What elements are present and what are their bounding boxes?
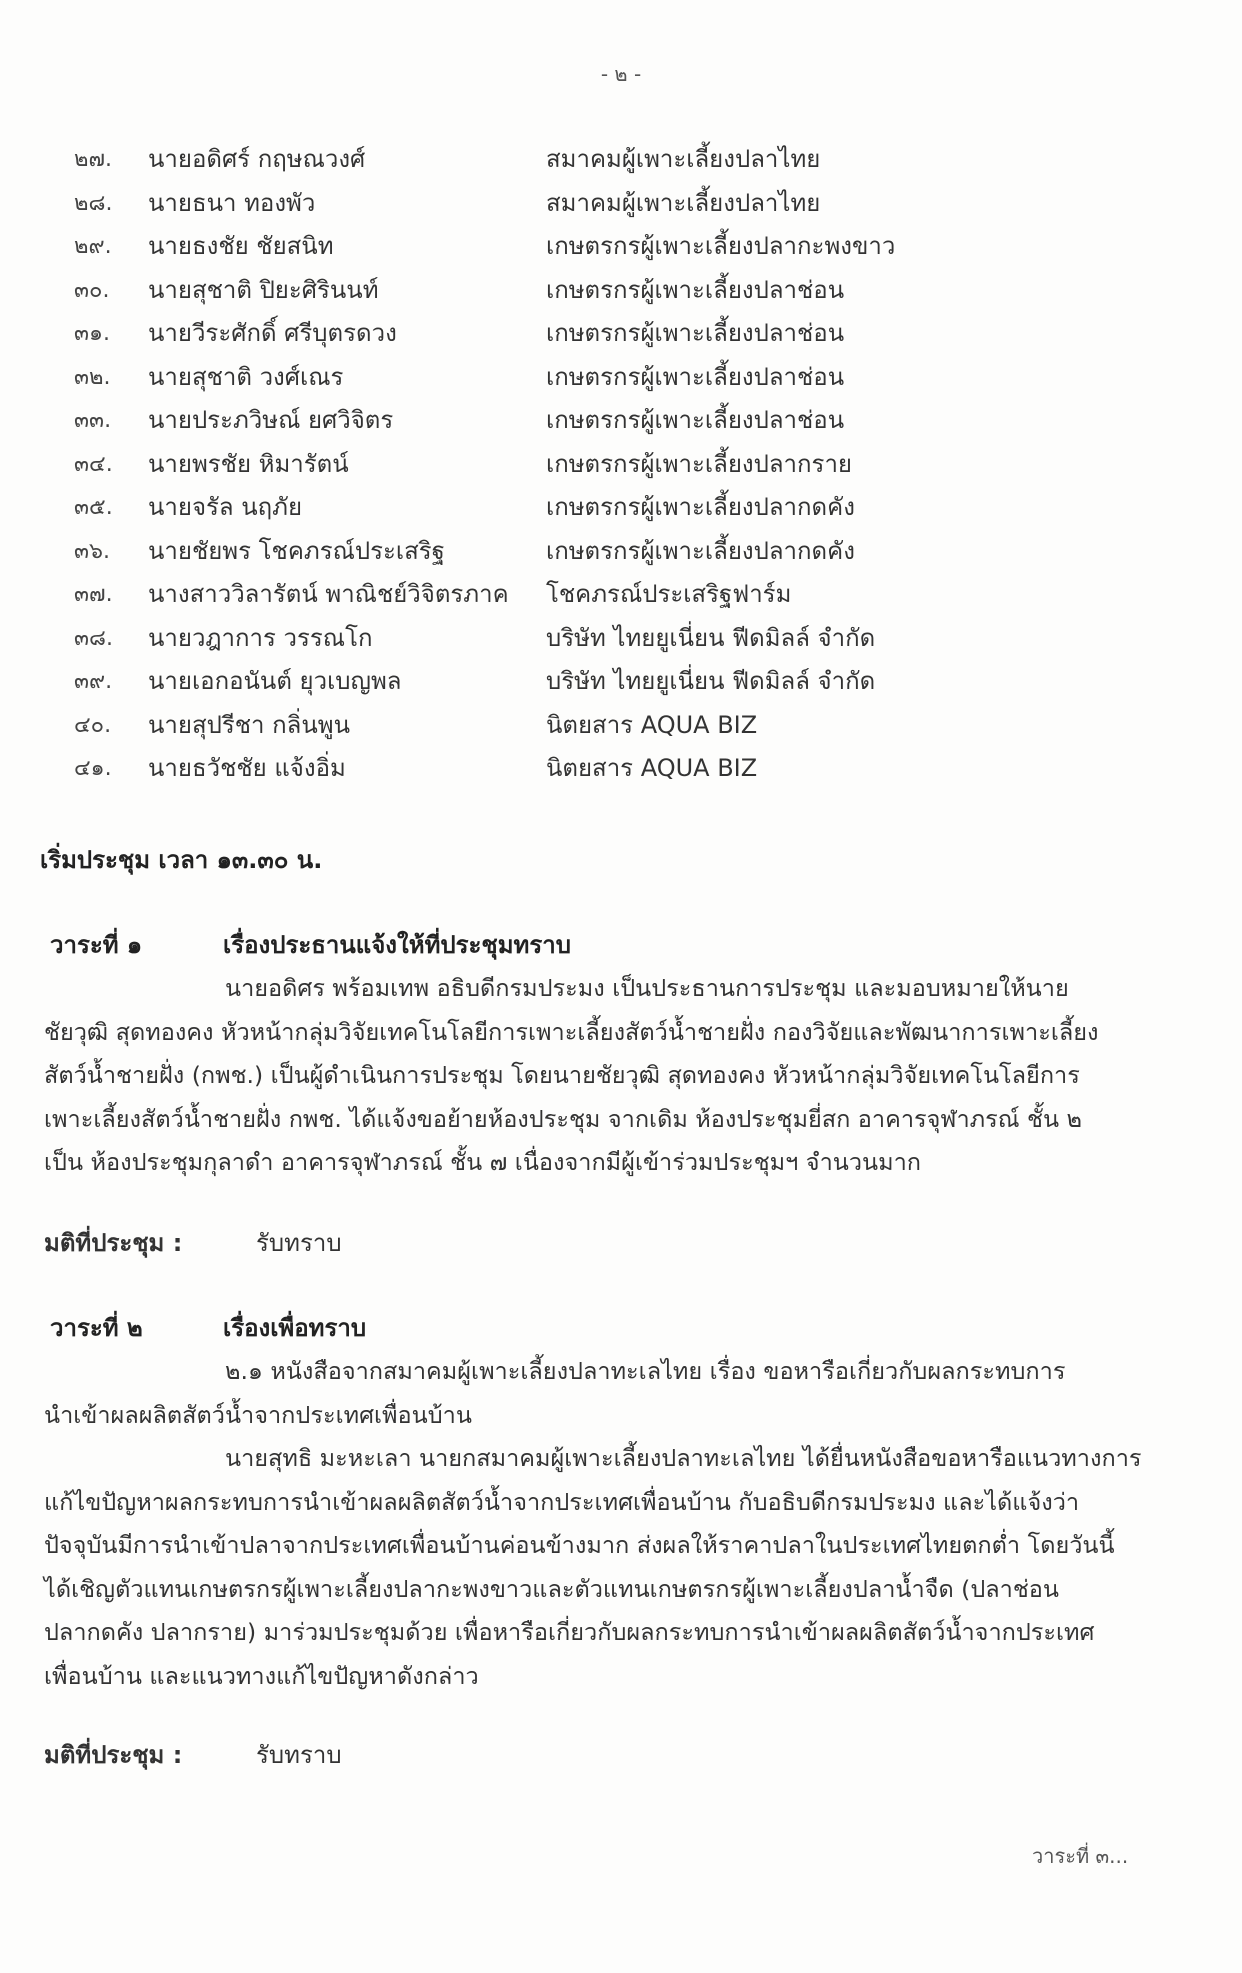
- attendee-row: ๒๗. นายอดิศร์ กฤษณวงศ์ สมาคมผู้เพาะเลี้ย…: [74, 138, 1174, 182]
- meeting-start-time: เริ่มประชุม เวลา ๑๓.๓๐ น.: [40, 840, 322, 879]
- agenda-2-body: นายสุทธิ มะหะเลา นายกสมาคมผู้เพาะเลี้ยงป…: [44, 1437, 1148, 1698]
- paragraph-line: เป็น ห้องประชุมกุลาดำ อาคารจุฬาภรณ์ ชั้น…: [44, 1141, 1148, 1185]
- paragraph-line: แก้ไขปัญหาผลกระทบการนำเข้าผลผลิตสัตว์น้ำ…: [44, 1481, 1148, 1525]
- attendee-name: นายจรัล นฤภัย: [148, 486, 302, 530]
- attendee-row: ๓๑. นายวีระศักดิ์ ศรีบุตรดวง เกษตรกรผู้เ…: [74, 312, 1174, 356]
- agenda-2-resolution: มติที่ประชุม : รับทราบ: [44, 1735, 182, 1774]
- attendee-row: ๓๗. นางสาววิลารัตน์ พาณิชย์วิจิตรภาค โชค…: [74, 573, 1174, 617]
- attendee-number: ๔๑.: [74, 747, 112, 791]
- attendee-row: ๓๕. นายจรัล นฤภัย เกษตรกรผู้เพาะเลี้ยงปล…: [74, 486, 1174, 530]
- attendee-organization: บริษัท ไทยยูเนี่ยน ฟีดมิลล์ จำกัด: [546, 617, 875, 661]
- agenda-1-body: นายอดิศร พร้อมเทพ อธิบดีกรมประมง เป็นประ…: [44, 967, 1148, 1185]
- paragraph-line: ปลากดคัง ปลากราย) มาร่วมประชุมด้วย เพื่อ…: [44, 1611, 1148, 1655]
- agenda-2-subitem: ๒.๑ หนังสือจากสมาคมผู้เพาะเลี้ยงปลาทะเลไ…: [44, 1350, 1148, 1437]
- attendee-number: ๓๓.: [74, 399, 111, 443]
- attendee-number: ๓๖.: [74, 530, 110, 574]
- paragraph-line: ชัยวุฒิ สุดทองคง หัวหน้ากลุ่มวิจัยเทคโนโ…: [44, 1011, 1148, 1055]
- attendee-number: ๒๙.: [74, 225, 112, 269]
- attendee-number: ๓๘.: [74, 617, 113, 661]
- attendee-name: นายธวัชชัย แจ้งอิ่ม: [148, 747, 346, 791]
- attendee-list: ๒๗. นายอดิศร์ กฤษณวงศ์ สมาคมผู้เพาะเลี้ย…: [74, 138, 1174, 791]
- attendee-organization: โชคภรณ์ประเสริฐฟาร์ม: [546, 573, 791, 617]
- attendee-name: นายธนา ทองพัว: [148, 182, 315, 226]
- attendee-organization: สมาคมผู้เพาะเลี้ยงปลาไทย: [546, 138, 820, 182]
- paragraph-line: เพื่อนบ้าน และแนวทางแก้ไขปัญหาดังกล่าว: [44, 1655, 1148, 1699]
- agenda-1-resolution: มติที่ประชุม : รับทราบ: [44, 1223, 182, 1262]
- attendee-row: ๒๙. นายธงชัย ชัยสนิท เกษตรกรผู้เพาะเลี้ย…: [74, 225, 1174, 269]
- agenda-1-label: วาระที่ ๑: [50, 925, 142, 964]
- attendee-organization: นิตยสาร AQUA BIZ: [546, 704, 757, 748]
- attendee-number: ๓๗.: [74, 573, 113, 617]
- attendee-number: ๔๐.: [74, 704, 111, 748]
- paragraph-line: สัตว์น้ำชายฝั่ง (กพช.) เป็นผู้ดำเนินการป…: [44, 1054, 1148, 1098]
- attendee-organization: เกษตรกรผู้เพาะเลี้ยงปลากราย: [546, 443, 852, 487]
- paragraph-line: เพาะเลี้ยงสัตว์น้ำชายฝั่ง กพช. ได้แจ้งขอ…: [44, 1098, 1148, 1142]
- attendee-number: ๓๒.: [74, 356, 111, 400]
- attendee-organization: เกษตรกรผู้เพาะเลี้ยงปลาช่อน: [546, 269, 844, 313]
- resolution-value: รับทราบ: [256, 1735, 342, 1774]
- attendee-row: ๓๙. นายเอกอนันต์ ยุวเบญพล บริษัท ไทยยูเน…: [74, 660, 1174, 704]
- paragraph-line: นำเข้าผลผลิตสัตว์น้ำจากประเทศเพื่อนบ้าน: [44, 1394, 1148, 1438]
- attendee-row: ๔๐. นายสุปรีชา กลิ่นพูน นิตยสาร AQUA BIZ: [74, 704, 1174, 748]
- attendee-number: ๓๕.: [74, 486, 113, 530]
- attendee-row: ๓๖. นายชัยพร โชคภรณ์ประเสริฐ เกษตรกรผู้เ…: [74, 530, 1174, 574]
- paragraph-line: ๒.๑ หนังสือจากสมาคมผู้เพาะเลี้ยงปลาทะเลไ…: [44, 1350, 1148, 1394]
- attendee-row: ๒๘. นายธนา ทองพัว สมาคมผู้เพาะเลี้ยงปลาไ…: [74, 182, 1174, 226]
- agenda-1-title: เรื่องประธานแจ้งให้ที่ประชุมทราบ: [223, 925, 571, 964]
- attendee-number: ๓๐.: [74, 269, 109, 313]
- document-page: - ๒ - ๒๗. นายอดิศร์ กฤษณวงศ์ สมาคมผู้เพา…: [0, 0, 1242, 1973]
- paragraph-line: นายสุทธิ มะหะเลา นายกสมาคมผู้เพาะเลี้ยงป…: [44, 1437, 1148, 1481]
- attendee-name: นายสุปรีชา กลิ่นพูน: [148, 704, 350, 748]
- attendee-row: ๓๘. นายวฎาการ วรรณโก บริษัท ไทยยูเนี่ยน …: [74, 617, 1174, 661]
- attendee-name: นายชัยพร โชคภรณ์ประเสริฐ: [148, 530, 445, 574]
- attendee-number: ๓๙.: [74, 660, 112, 704]
- attendee-name: นางสาววิลารัตน์ พาณิชย์วิจิตรภาค: [148, 573, 509, 617]
- attendee-organization: เกษตรกรผู้เพาะเลี้ยงปลาช่อน: [546, 356, 844, 400]
- attendee-name: นายวฎาการ วรรณโก: [148, 617, 372, 661]
- attendee-name: นายสุชาติ ปิยะศิรินนท์: [148, 269, 379, 313]
- resolution-label: มติที่ประชุม :: [44, 1229, 182, 1257]
- attendee-number: ๒๗.: [74, 138, 112, 182]
- attendee-row: ๓๐. นายสุชาติ ปิยะศิรินนท์ เกษตรกรผู้เพา…: [74, 269, 1174, 313]
- attendee-name: นายเอกอนันต์ ยุวเบญพล: [148, 660, 402, 704]
- attendee-row: ๓๔. นายพรชัย หิมารัตน์ เกษตรกรผู้เพาะเลี…: [74, 443, 1174, 487]
- attendee-name: นายประภวิษณ์ ยศวิจิตร: [148, 399, 393, 443]
- attendee-name: นายสุชาติ วงศ์เณร: [148, 356, 343, 400]
- attendee-name: นายพรชัย หิมารัตน์: [148, 443, 349, 487]
- page-number: - ๒ -: [0, 58, 1242, 90]
- attendee-organization: สมาคมผู้เพาะเลี้ยงปลาไทย: [546, 182, 820, 226]
- attendee-row: ๓๒. นายสุชาติ วงศ์เณร เกษตรกรผู้เพาะเลี้…: [74, 356, 1174, 400]
- agenda-2-label: วาระที่ ๒: [50, 1308, 143, 1347]
- attendee-name: นายอดิศร์ กฤษณวงศ์: [148, 138, 365, 182]
- paragraph-line: นายอดิศร พร้อมเทพ อธิบดีกรมประมง เป็นประ…: [44, 967, 1148, 1011]
- continued-footer: วาระที่ ๓...: [1032, 1840, 1128, 1872]
- attendee-name: นายวีระศักดิ์ ศรีบุตรดวง: [148, 312, 397, 356]
- attendee-number: ๓๔.: [74, 443, 113, 487]
- resolution-value: รับทราบ: [256, 1223, 342, 1262]
- attendee-organization: เกษตรกรผู้เพาะเลี้ยงปลากดคัง: [546, 486, 855, 530]
- attendee-organization: เกษตรกรผู้เพาะเลี้ยงปลากดคัง: [546, 530, 855, 574]
- attendee-organization: เกษตรกรผู้เพาะเลี้ยงปลาช่อน: [546, 399, 844, 443]
- resolution-label: มติที่ประชุม :: [44, 1741, 182, 1769]
- attendee-row: ๔๑. นายธวัชชัย แจ้งอิ่ม นิตยสาร AQUA BIZ: [74, 747, 1174, 791]
- attendee-row: ๓๓. นายประภวิษณ์ ยศวิจิตร เกษตรกรผู้เพาะ…: [74, 399, 1174, 443]
- paragraph-line: ปัจจุบันมีการนำเข้าปลาจากประเทศเพื่อนบ้า…: [44, 1524, 1148, 1568]
- attendee-name: นายธงชัย ชัยสนิท: [148, 225, 334, 269]
- attendee-organization: เกษตรกรผู้เพาะเลี้ยงปลาช่อน: [546, 312, 844, 356]
- attendee-organization: เกษตรกรผู้เพาะเลี้ยงปลากะพงขาว: [546, 225, 895, 269]
- agenda-2-title: เรื่องเพื่อทราบ: [223, 1308, 366, 1347]
- attendee-number: ๒๘.: [74, 182, 112, 226]
- attendee-organization: บริษัท ไทยยูเนี่ยน ฟีดมิลล์ จำกัด: [546, 660, 875, 704]
- paragraph-line: ได้เชิญตัวแทนเกษตรกรผู้เพาะเลี้ยงปลากะพง…: [44, 1568, 1148, 1612]
- attendee-organization: นิตยสาร AQUA BIZ: [546, 747, 757, 791]
- attendee-number: ๓๑.: [74, 312, 110, 356]
